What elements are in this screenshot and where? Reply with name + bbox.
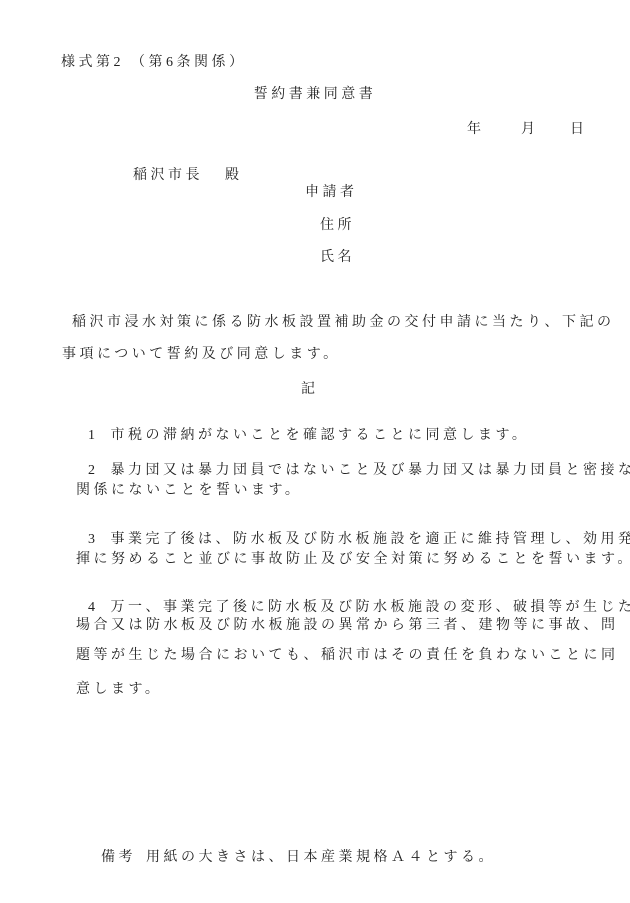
remarks-line: 備考用紙の大きさは、日本産業規格Ａ４とする。 [73, 835, 496, 880]
date-month-label: 月 [521, 122, 539, 137]
list-item-4-line-3: 題等が生じた場合においても、稲沢市はその責任を負わないことに同 [76, 648, 619, 663]
applicant-name-label: 氏名 [320, 250, 355, 265]
list-item-3-number: 3 [88, 532, 99, 547]
applicant-address-label: 住所 [320, 218, 355, 233]
list-item-4-text: 万一、事業完了後に防水板及び防水板施設の変形、破損等が生じた [111, 600, 630, 615]
applicant-label: 申請者 [305, 185, 358, 200]
list-item-3-text: 事業完了後は、防水板及び防水板施設を適正に維持管理し、効用発 [111, 532, 630, 547]
list-item-4-line-2: 場合又は防水板及び防水板施設の異常から第三者、建物等に事故、問 [76, 618, 619, 633]
preamble-line-1: 稲沢市浸水対策に係る防水板設置補助金の交付申請に当たり、下記の [72, 315, 615, 330]
list-item-3-line-2: 揮に努めること並びに事故防止及び安全対策に努めることを誓います。 [76, 552, 630, 567]
list-item-2-line-2: 関係にないことを誓います。 [76, 483, 302, 498]
addressee-honorific: 殿 [225, 168, 243, 183]
list-item-1-text: 市税の滞納がないことを確認することに同意します。 [111, 428, 530, 443]
list-item-4-number: 4 [88, 600, 99, 615]
remarks-text: 用紙の大きさは、日本産業規格Ａ４とする。 [146, 850, 496, 865]
preamble-line-2: 事項について誓約及び同意します。 [62, 347, 341, 362]
document-title: 誓約書兼同意書 [0, 87, 630, 102]
remarks-label: 備考 [101, 850, 136, 865]
addressee-name: 稲沢市長 [133, 168, 203, 183]
list-item-2-text: 暴力団又は暴力団員ではないこと及び暴力団又は暴力団員と密接な [111, 463, 630, 478]
form-number-label: 様式第2 （第6条関係） [61, 55, 247, 70]
document-page: 様式第2 （第6条関係） 誓約書兼同意書 年 月 日 稲沢市長殿 申請者 住所 … [0, 0, 630, 903]
list-item-1-number: 1 [88, 428, 99, 443]
record-marker: 記 [301, 382, 319, 397]
addressee-line: 稲沢市長殿 [105, 153, 243, 198]
date-day-label: 日 [570, 122, 588, 137]
list-item-2-number: 2 [88, 463, 99, 478]
list-item-4-line-4: 意します。 [76, 682, 162, 697]
date-year-label: 年 [467, 122, 485, 137]
